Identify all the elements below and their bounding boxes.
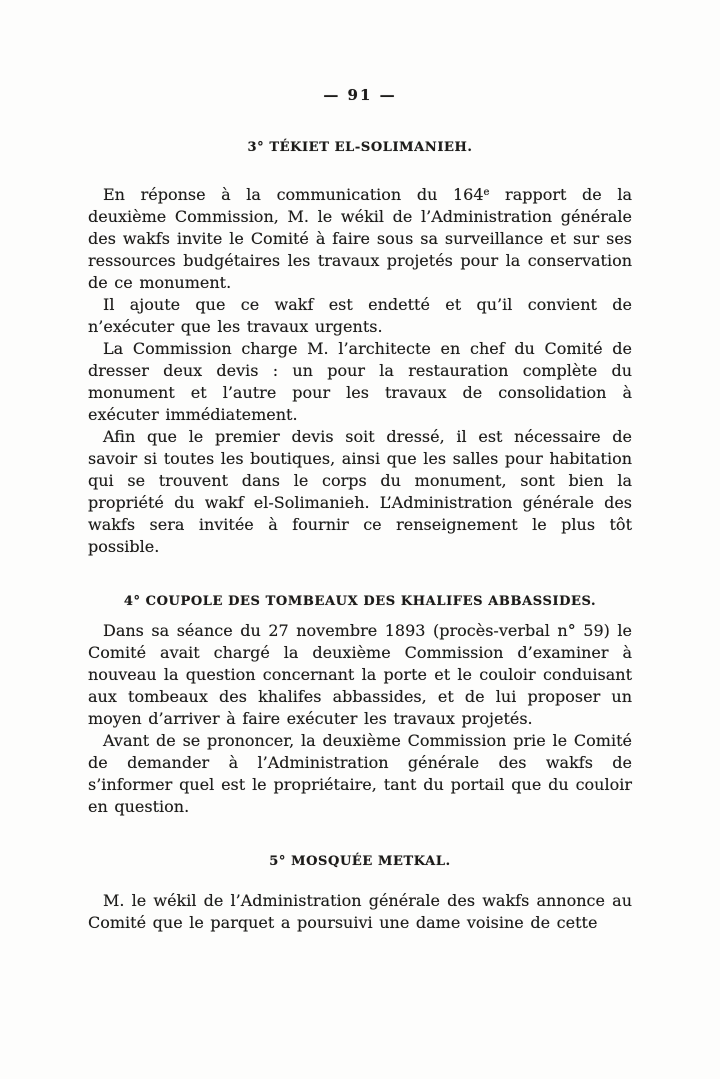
paragraph: Dans sa séance du 27 novembre 1893 (proc… bbox=[88, 620, 632, 730]
paragraph: Afin que le premier devis soit dressé, i… bbox=[88, 426, 632, 558]
paragraph: Il ajoute que ce wakf est endetté et qu’… bbox=[88, 294, 632, 338]
paragraph: La Commission charge M. l’architecte en … bbox=[88, 338, 632, 426]
scanned-document-page: — 91 — 3° TÉKIET EL-SOLIMANIEH. En répon… bbox=[0, 0, 720, 1079]
section-heading-mosquee-metkal: 5° MOSQUÉE METKAL. bbox=[88, 854, 632, 870]
section-heading-coupole-des-tombeaux: 4° COUPOLE DES TOMBEAUX DES KHALIFES ABB… bbox=[88, 594, 632, 610]
paragraph-text: En réponse à la communication du 164 bbox=[103, 185, 484, 204]
paragraph: M. le wékil de l’Administration générale… bbox=[88, 890, 632, 934]
page-number: — 91 — bbox=[0, 0, 720, 104]
section-heading-tekiet-el-solimanieh: 3° TÉKIET EL-SOLIMANIEH. bbox=[88, 140, 632, 156]
page-content: 3° TÉKIET EL-SOLIMANIEH. En réponse à la… bbox=[88, 140, 632, 934]
paragraph: Avant de se prononcer, la deuxième Commi… bbox=[88, 730, 632, 818]
paragraph: En réponse à la communication du 164e ra… bbox=[88, 184, 632, 294]
